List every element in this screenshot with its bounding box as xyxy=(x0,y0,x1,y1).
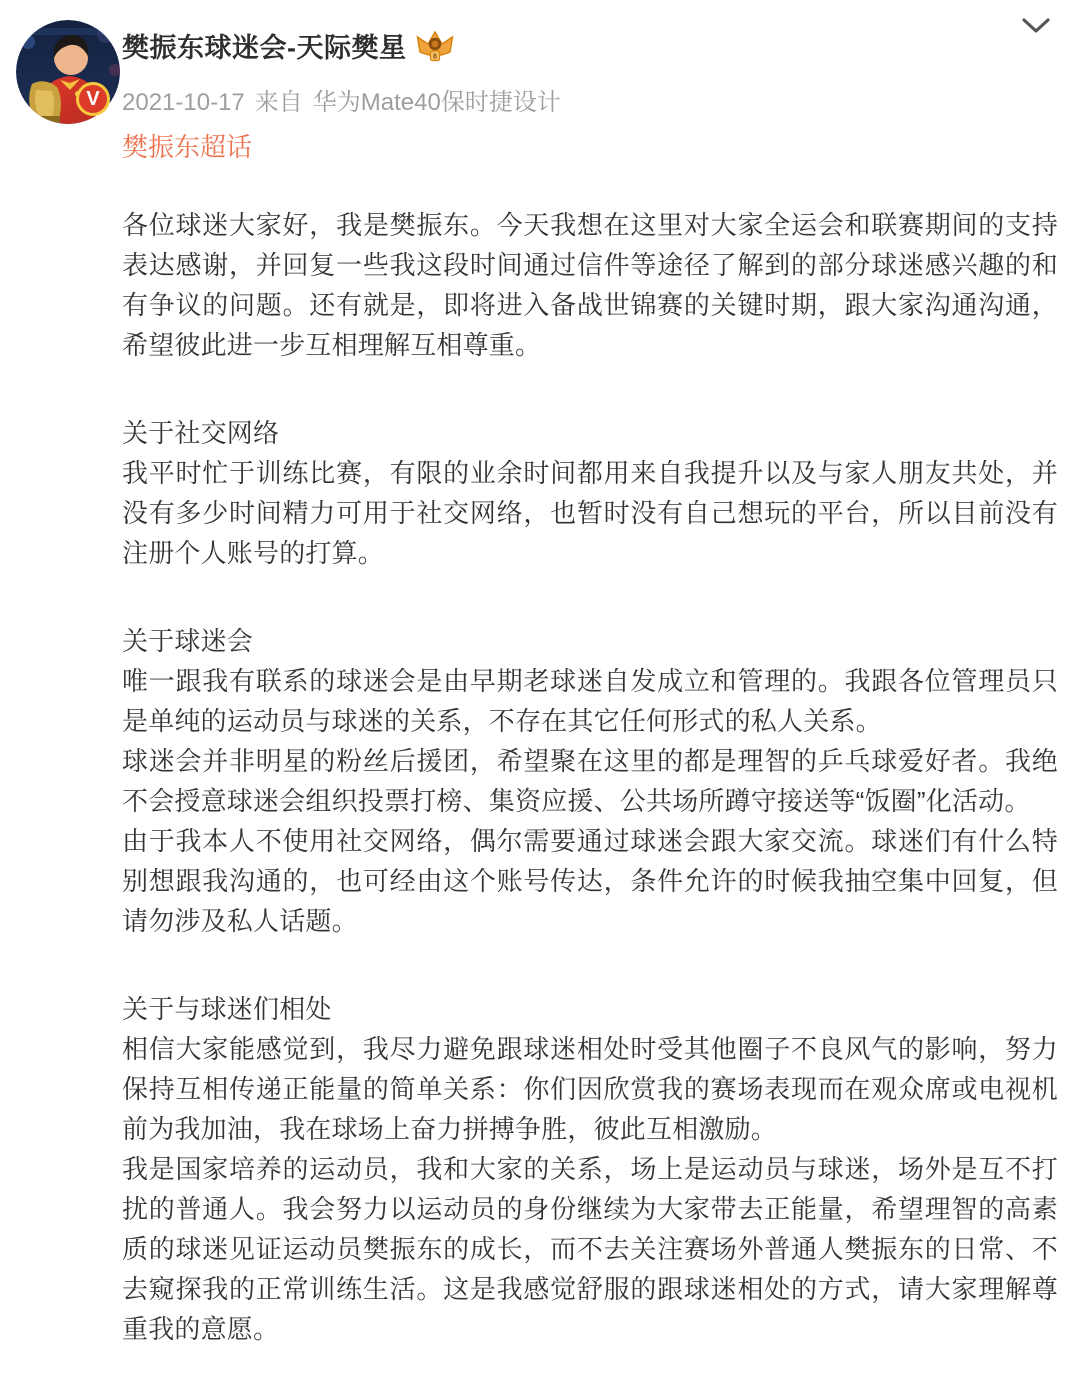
author-name[interactable]: 樊振东球迷会-天际樊星 xyxy=(122,26,407,65)
supertopic-link[interactable]: 樊振东超话 xyxy=(122,127,1058,167)
header-text: 樊振东球迷会-天际樊星 8 2021-10-17 来自 华为Mate40保时捷设… xyxy=(122,26,1010,117)
name-row: 樊振东球迷会-天际樊星 8 xyxy=(122,26,1010,65)
verified-badge-icon: V xyxy=(76,82,110,116)
post-paragraph-intro: 各位球迷大家好，我是樊振东。今天我想在这里对大家全运会和联赛期间的支持表达感谢，… xyxy=(122,205,1058,365)
member-crown-icon: 8 xyxy=(416,29,454,63)
post-paragraph-social-network: 关于社交网络 我平时忙于训练比赛，有限的业余时间都用来自我提升以及与家人朋友共处… xyxy=(122,413,1058,573)
post-paragraph-getting-along: 关于与球迷们相处 相信大家能感觉到，我尽力避免跟球迷相处时受其他圈子不良风气的影… xyxy=(122,989,1058,1349)
post-meta: 2021-10-17 来自 华为Mate40保时捷设计 xyxy=(122,82,1010,117)
post-content: 樊振东超话 各位球迷大家好，我是樊振东。今天我想在这里对大家全运会和联赛期间的支… xyxy=(122,127,1058,1349)
collapse-chevron-icon[interactable] xyxy=(1020,12,1052,40)
post-paragraph-fan-club: 关于球迷会 唯一跟我有联系的球迷会是由早期老球迷自发成立和管理的。我跟各位管理员… xyxy=(122,621,1058,941)
post-date: 2021-10-17 xyxy=(122,89,245,117)
crown-level-number: 8 xyxy=(433,53,437,60)
weibo-post: V 樊振东球迷会-天际樊星 8 2021-10-17 来自 华为 xyxy=(0,0,1080,1349)
post-header: V 樊振东球迷会-天际樊星 8 2021-10-17 来自 华为 xyxy=(0,0,1080,124)
post-source[interactable]: 华为Mate40保时捷设计 xyxy=(313,82,561,117)
source-prefix: 来自 xyxy=(255,82,303,117)
avatar[interactable]: V xyxy=(16,20,120,124)
